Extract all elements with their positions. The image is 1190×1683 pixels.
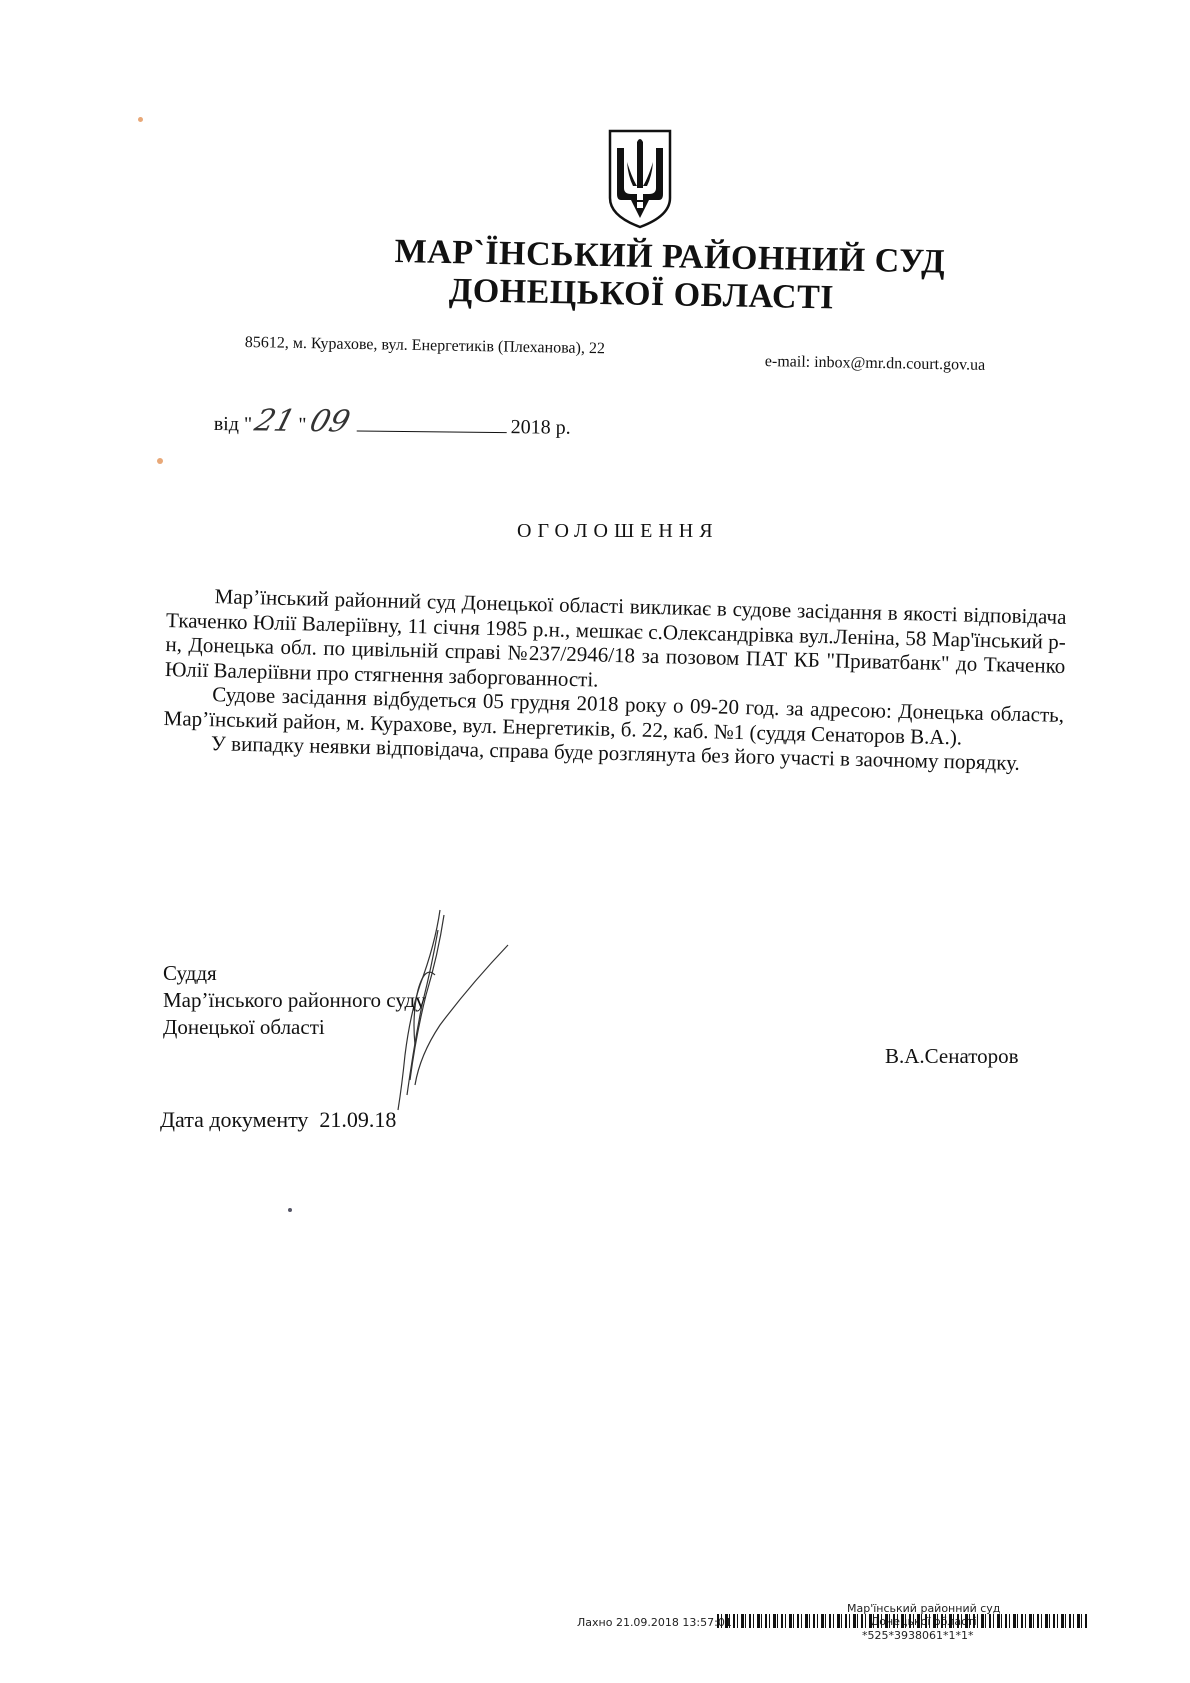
signer-name: В.А.Сенаторов — [885, 1044, 1019, 1069]
date-underline — [357, 430, 507, 433]
court-name-header: МАР`ЇНСЬКИЙ РАЙОННИЙ СУД ДОНЕЦЬКОЇ ОБЛАС… — [394, 233, 955, 320]
document-date-line: від "21"092018 р. — [214, 403, 571, 442]
signer-region: Донецької області — [163, 1014, 426, 1041]
document-date-value: 21.09.18 — [319, 1107, 396, 1132]
signer-title: Суддя — [163, 960, 426, 987]
barcode-text: *525*3938061*1*1* — [862, 1629, 973, 1642]
scan-speck — [157, 458, 163, 464]
stamp-registrar: Лахно 21.09.2018 13:57:01 — [577, 1616, 732, 1629]
scan-speck — [288, 1208, 292, 1212]
signer-court: Мар’їнського районного суду — [163, 987, 426, 1014]
signature-block: Суддя Мар’їнського районного суду Донець… — [163, 960, 426, 1041]
date-prefix: від " — [214, 413, 253, 435]
handwritten-month: 09 — [306, 404, 354, 439]
handwritten-day: 21 — [251, 403, 299, 438]
coat-of-arms-icon — [607, 128, 673, 230]
announcement-body: Мар’їнський районний суд Донецької облас… — [163, 583, 1067, 776]
date-separator: " — [298, 414, 306, 436]
court-address: 85612, м. Курахове, вул. Енергетиків (Пл… — [245, 334, 605, 358]
date-year: 2018 р. — [511, 416, 571, 439]
registration-stamp: Мар'їнський районний суд Донецької облас… — [577, 1602, 1097, 1672]
barcode-icon — [717, 1614, 1087, 1628]
court-email: e-mail: inbox@mr.dn.court.gov.ua — [765, 353, 986, 375]
scan-speck — [138, 117, 143, 122]
announcement-heading: ОГОЛОШЕННЯ — [517, 520, 719, 543]
document-date-label: Дата документу — [160, 1107, 308, 1132]
document-date: Дата документу 21.09.18 — [160, 1107, 396, 1133]
